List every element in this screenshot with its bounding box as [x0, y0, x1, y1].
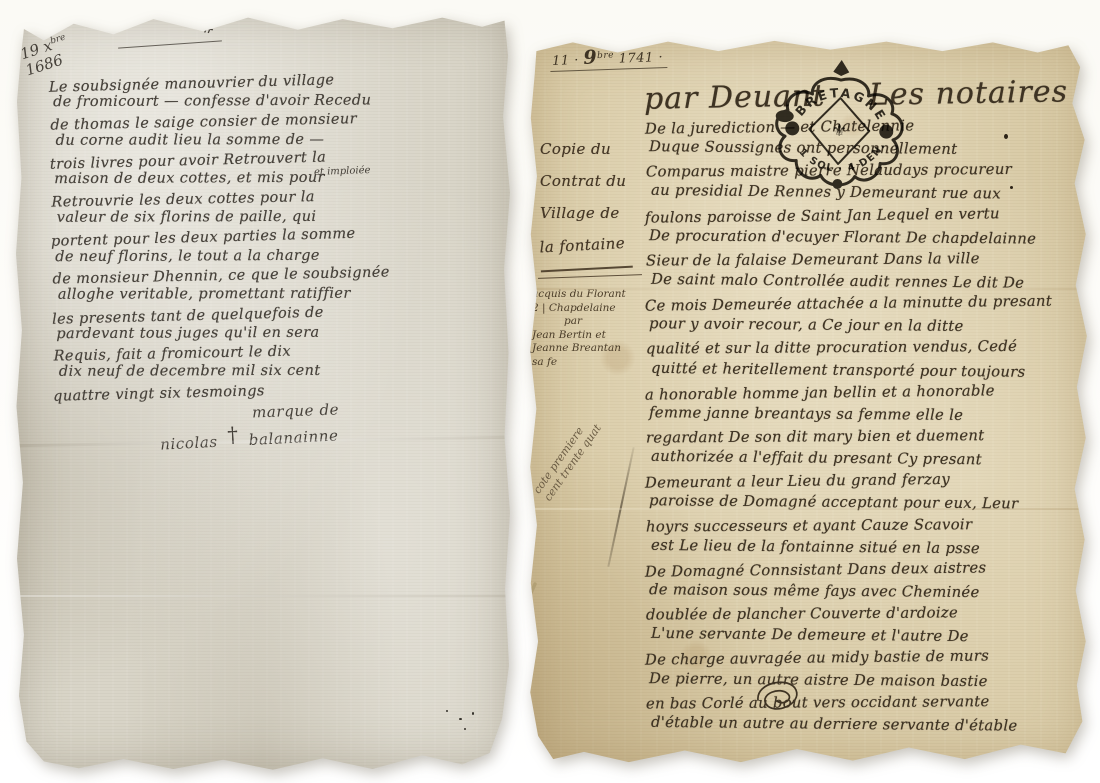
hash-underline-stroke	[118, 40, 222, 48]
margin-note-line: Contrat du	[540, 172, 644, 204]
signer-first-name: nicolas	[160, 433, 218, 454]
stamp-region-text: BRETAGNE	[792, 83, 891, 124]
margin-note-line: Copie du	[540, 140, 644, 172]
margin-acquisition-note: acquis du Florant2 | ChapdelaineparJean …	[532, 288, 644, 369]
manuscript-text-line: De pierre, un autre aistre De maison bas…	[649, 670, 1081, 696]
diagonal-archival-note: cote premiere cent trente quat	[531, 414, 604, 503]
margin-note-line: la fontaine	[539, 234, 633, 273]
ink-blot	[1004, 134, 1008, 139]
notary-paraph-flourish	[746, 670, 810, 722]
stamp-value-text: 1 SOL · 4 DEN.	[796, 137, 888, 176]
margin-note-line: 2 | Chapdelaine	[532, 302, 644, 316]
left-manuscript-1686: 19 xbre 1686 # Le soubsignée manouvrier …	[14, 10, 512, 772]
fleur-de-lis-icon: ⚜	[831, 121, 847, 142]
svg-text:1 SOL · 4 DEN.: 1 SOL · 4 DEN.	[796, 137, 888, 176]
pen-slash-stroke	[607, 447, 634, 567]
ink-blot	[1010, 186, 1013, 189]
left-body-text: Le soubsignée manouvrier du villagede fr…	[48, 71, 493, 405]
bretagne-tax-stamp: BRETAGNE 1 SOL · 4 DEN. ⚜	[765, 56, 912, 221]
manuscript-text-line: paroisse de Domagné acceptant pour eux, …	[649, 493, 1081, 519]
ink-speck	[459, 718, 462, 720]
interline-correction: et imploiée	[314, 165, 371, 178]
margin-note-line: par	[532, 315, 644, 329]
ink-speck	[446, 710, 448, 712]
scanned-manuscripts-photo: { "left_document": { "margin_date_day": …	[0, 0, 1100, 783]
right-header-date: 11 · 9bre 1741 ·	[550, 44, 668, 72]
manuscript-text-line: hoyrs successeurs et ayant Cauze Scavoir	[646, 515, 1078, 540]
left-margin-date: 19 xbre 1686	[17, 30, 74, 80]
manuscript-text-line: De procuration d'ecuyer Florant De chapd…	[649, 227, 1081, 253]
margin-note-line: Jeanne Breantan	[532, 342, 644, 356]
margin-title-note: Copie duContrat duVillage dela fontaine	[540, 140, 644, 270]
margin-note-line: sa fe	[532, 356, 644, 370]
ink-speck	[464, 728, 466, 730]
margin-note-line: acquis du Florant	[532, 288, 644, 302]
right-paper-sheet: 11 · 9bre 1741 · par Deuant Les notaires…	[528, 38, 1088, 765]
signature-cross-mark: †	[227, 423, 239, 448]
margin-note-line: Jean Bertin et	[532, 329, 644, 343]
margin-underline-swash	[538, 274, 642, 279]
signature-label: marque de	[252, 400, 340, 421]
hash-mark: #	[201, 17, 217, 38]
right-manuscript-1741: 11 · 9bre 1741 · par Deuant Les notaires…	[528, 38, 1088, 765]
ink-speck	[472, 712, 474, 715]
signature-line: nicolas†balanainne	[159, 421, 339, 454]
manuscript-text-line: qualité et sur la ditte procuration vend…	[646, 338, 1078, 363]
manuscript-text-line: d'étable un autre au derriere servante d…	[651, 714, 1083, 741]
margin-note-line: Village de	[540, 204, 644, 236]
signer-last-name: balanainne	[248, 426, 339, 449]
paper-crease	[14, 595, 512, 597]
svg-text:BRETAGNE: BRETAGNE	[792, 83, 891, 124]
left-paper-sheet: 19 xbre 1686 # Le soubsignée manouvrier …	[14, 10, 512, 772]
